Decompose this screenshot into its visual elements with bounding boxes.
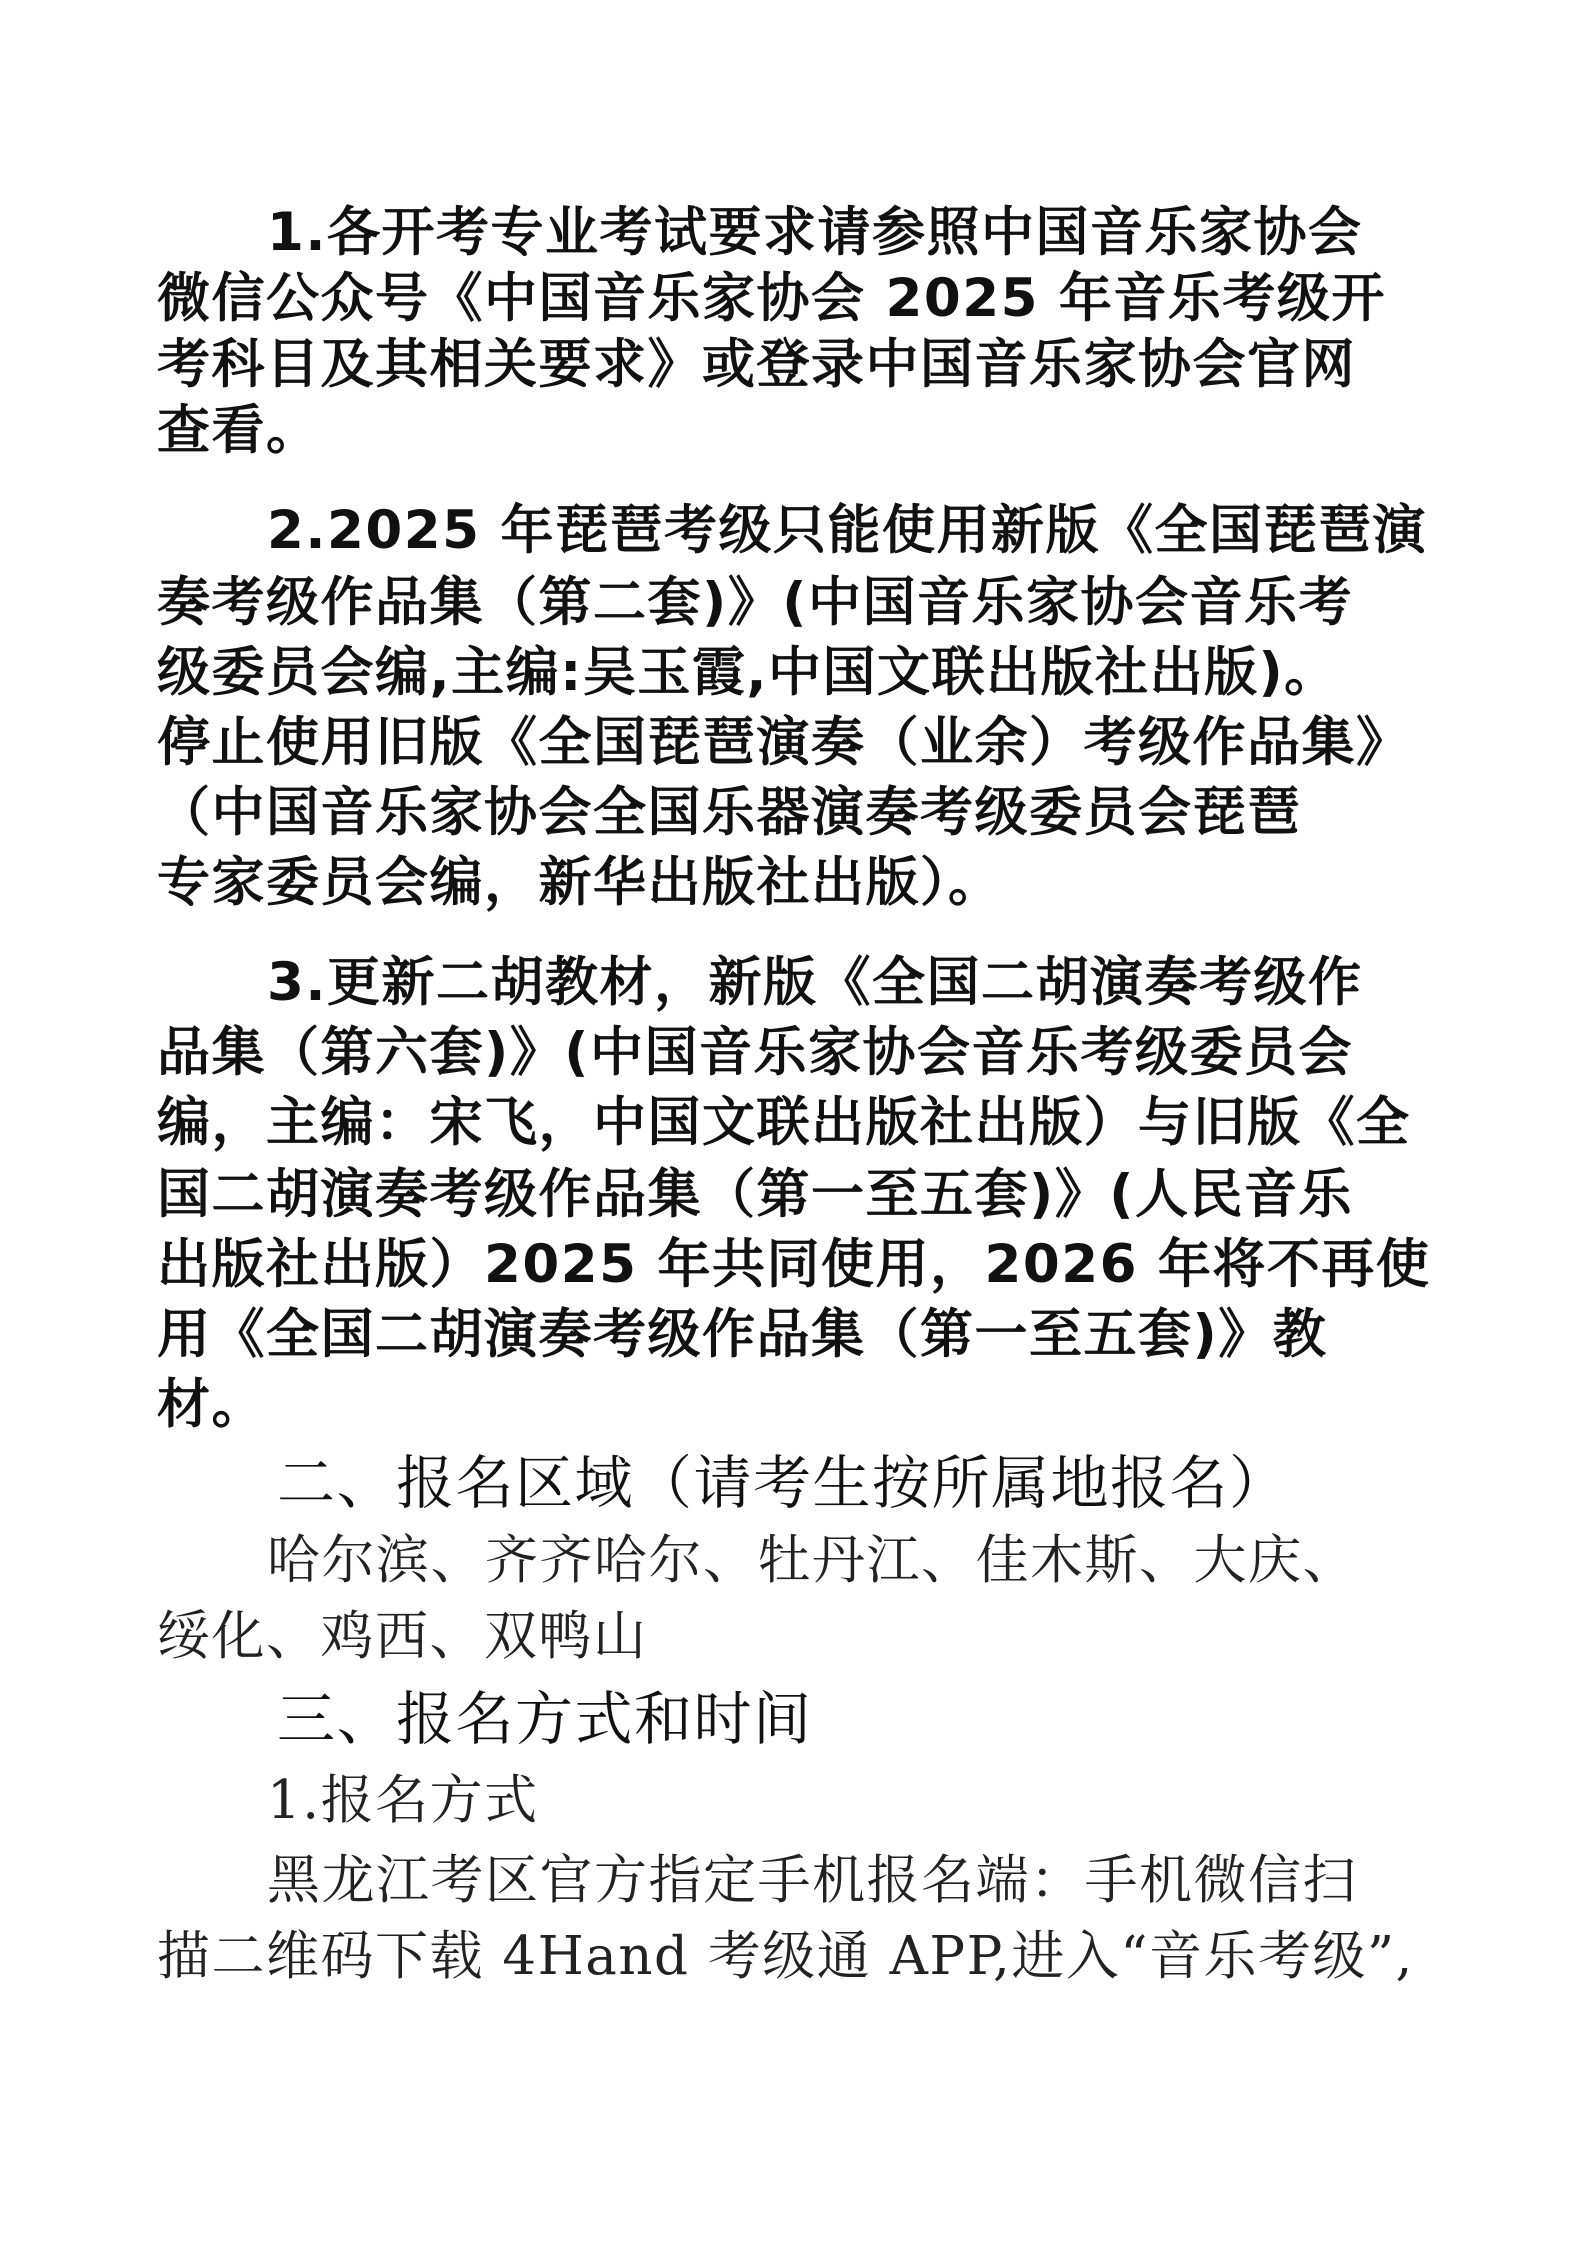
item2-line-1: 2.2025 年琵琶考级只能使用新版《全国琵琶演: [157, 498, 1547, 564]
section3-line-2: 描二维码下载 4Hand 考级通 APP,进入“音乐考级”,: [157, 1924, 1437, 1990]
section2-heading: 二、报名区域（请考生按所属地报名）: [157, 1450, 1557, 1516]
item3-line-6: 用《全国二胡演奏考级作品集（第一至五套)》教: [157, 1302, 1437, 1368]
item1-line-1: 1.各开考专业考试要求请参照中国音乐家协会: [157, 200, 1547, 266]
item1-line-4: 查看。: [157, 398, 1437, 464]
section3-heading: 三、报名方式和时间: [157, 1686, 1557, 1752]
item1-line-3: 考科目及其相关要求》或登录中国音乐家协会官网: [157, 332, 1437, 398]
item2-line-5: （中国音乐家协会全国乐器演奏考级委员会琵琶: [157, 780, 1437, 846]
item3-line-7: 材。: [157, 1372, 1437, 1438]
item3-line-1: 3.更新二胡教材，新版《全国二胡演奏考级作: [157, 950, 1547, 1016]
section2-line-1: 哈尔滨、齐齐哈尔、牡丹江、佳木斯、大庆、: [157, 1528, 1547, 1594]
item2-line-6: 专家委员会编，新华出版社出版）。: [157, 850, 1437, 916]
item3-line-5: 出版社出版）2025 年共同使用，2026 年将不再使: [157, 1232, 1437, 1298]
item1-line-2: 微信公众号《中国音乐家协会 2025 年音乐考级开: [157, 266, 1437, 332]
section2-line-2: 绥化、鸡西、双鸭山: [157, 1604, 1437, 1670]
item2-line-3: 级委员会编,主编:吴玉霞,中国文联出版社出版)。: [157, 640, 1437, 706]
item3-line-2: 品集（第六套)》(中国音乐家协会音乐考级委员会: [157, 1020, 1437, 1086]
section3-subheading: 1.报名方式: [157, 1768, 1547, 1834]
item2-line-2: 奏考级作品集（第二套)》(中国音乐家协会音乐考: [157, 570, 1437, 636]
item3-line-3: 编，主编：宋飞，中国文联出版社出版）与旧版《全: [157, 1090, 1437, 1156]
item2-line-4: 停止使用旧版《全国琵琶演奏（业余）考级作品集》: [157, 710, 1437, 776]
item3-line-4: 国二胡演奏考级作品集（第一至五套)》(人民音乐: [157, 1162, 1437, 1228]
section3-line-1: 黑龙江考区官方指定手机报名端：手机微信扫: [157, 1848, 1547, 1914]
